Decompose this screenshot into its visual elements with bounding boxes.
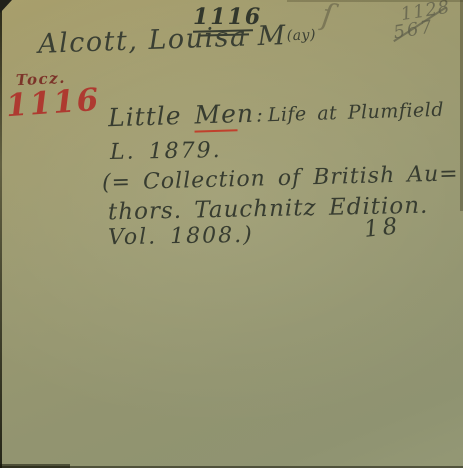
pencil-squiggle-mark: ſ	[320, 0, 336, 34]
author-name-suffix: (ay)	[286, 27, 316, 44]
imprint-line: L. 1879.	[110, 138, 222, 165]
author-name: Alcott, Louisa M	[38, 20, 288, 60]
catalog-card: 1116 Alcott, Louisa M(ay) ſ 1128 567 Toc…	[0, 0, 463, 468]
title-part1: Little	[108, 101, 195, 133]
price-note: 18	[363, 213, 403, 243]
title-colon: :	[256, 102, 265, 126]
series-line-1: (= Collection of British Au=	[102, 161, 459, 195]
author-heading: Alcott, Louisa M(ay)	[38, 19, 317, 60]
title-line: Little Men:Life at Plumfield	[108, 93, 445, 133]
classification-number: 1116	[5, 82, 102, 124]
title-rest: n	[236, 99, 254, 129]
series-line-3: Vol. 1808.)	[108, 223, 254, 251]
title-subtitle: Life at Plumfield	[267, 99, 444, 127]
title-red-underlined-part: Me	[194, 99, 237, 132]
pencil-shelf-number: 1128 567	[390, 0, 455, 42]
scan-edge-top	[287, 0, 463, 2]
scan-edge-left	[0, 0, 2, 468]
scan-corner-bottom-left	[0, 464, 70, 468]
